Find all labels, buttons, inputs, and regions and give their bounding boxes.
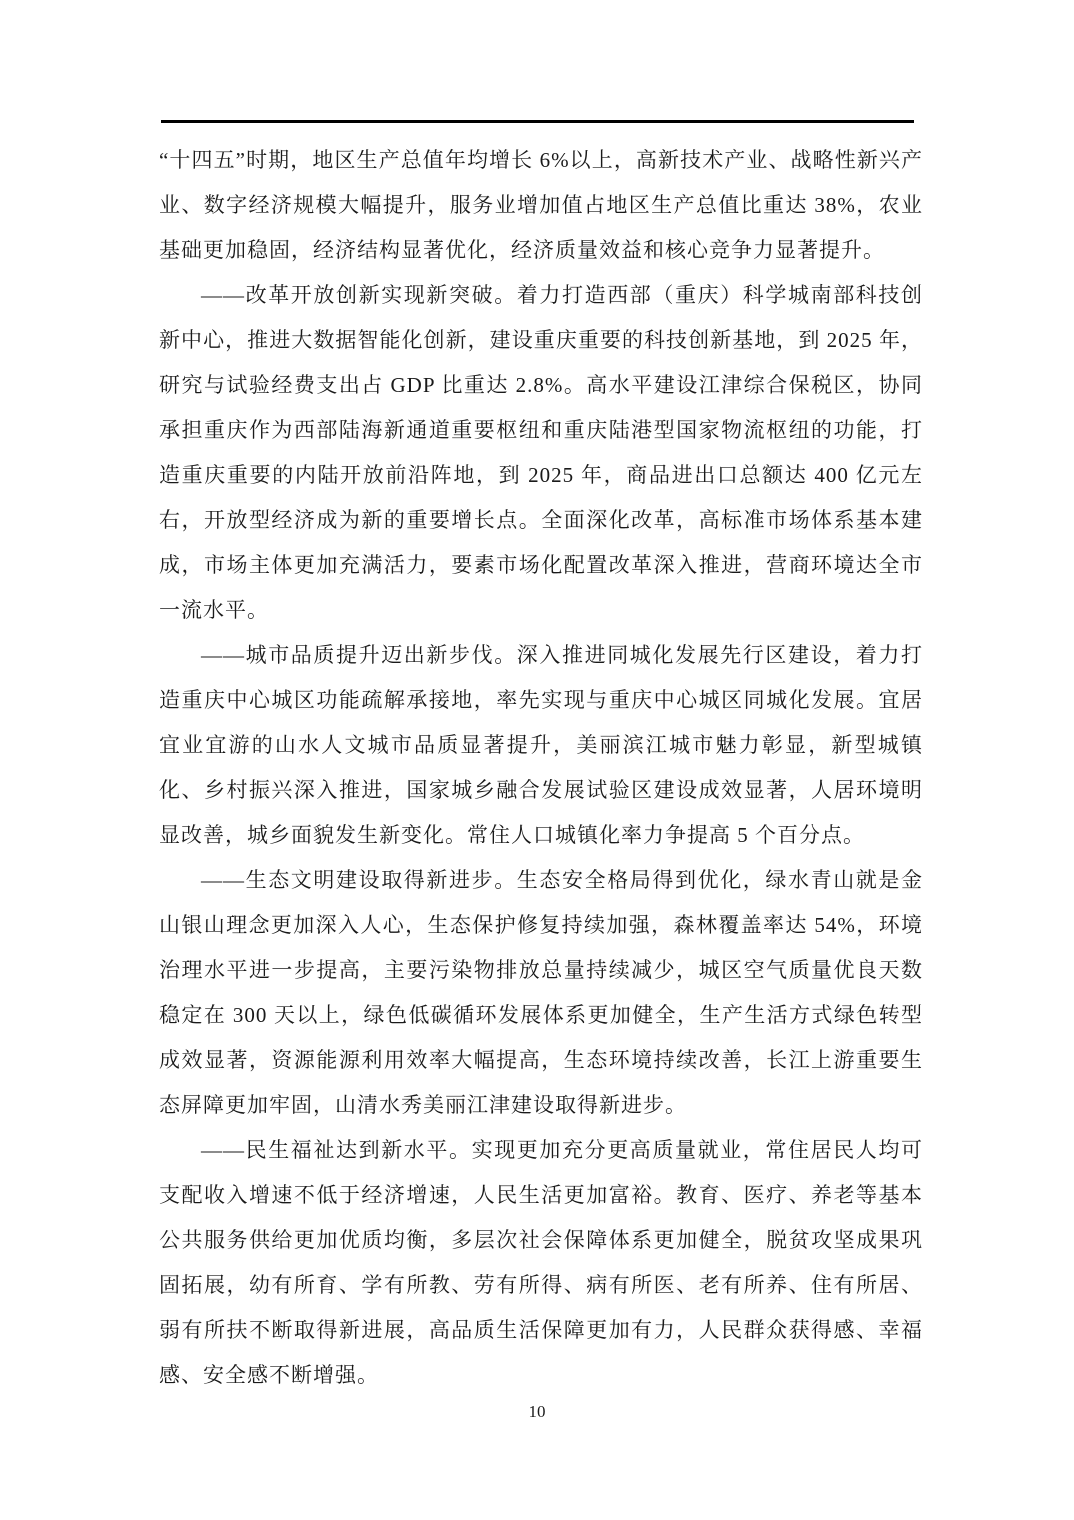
- document-page: “十四五”时期，地区生产总值年均增长 6%以上，高新技术产业、战略性新兴产业、数…: [0, 0, 1074, 1520]
- paragraph-ecology: ——生态文明建设取得新进步。生态安全格局得到优化，绿水青山就是金山银山理念更加深…: [159, 858, 923, 1128]
- header-rule: [161, 120, 914, 123]
- paragraph-city-quality: ——城市品质提升迈出新步伐。深入推进同城化发展先行区建设，着力打造重庆中心城区功…: [159, 633, 923, 858]
- document-body: “十四五”时期，地区生产总值年均增长 6%以上，高新技术产业、战略性新兴产业、数…: [159, 138, 923, 1398]
- paragraph-continuation: “十四五”时期，地区生产总值年均增长 6%以上，高新技术产业、战略性新兴产业、数…: [159, 138, 923, 273]
- page-number: 10: [0, 1400, 1074, 1424]
- paragraph-reform-opening: ——改革开放创新实现新突破。着力打造西部（重庆）科学城南部科技创新中心，推进大数…: [159, 273, 923, 633]
- paragraph-livelihood: ——民生福祉达到新水平。实现更加充分更高质量就业，常住居民人均可支配收入增速不低…: [159, 1128, 923, 1398]
